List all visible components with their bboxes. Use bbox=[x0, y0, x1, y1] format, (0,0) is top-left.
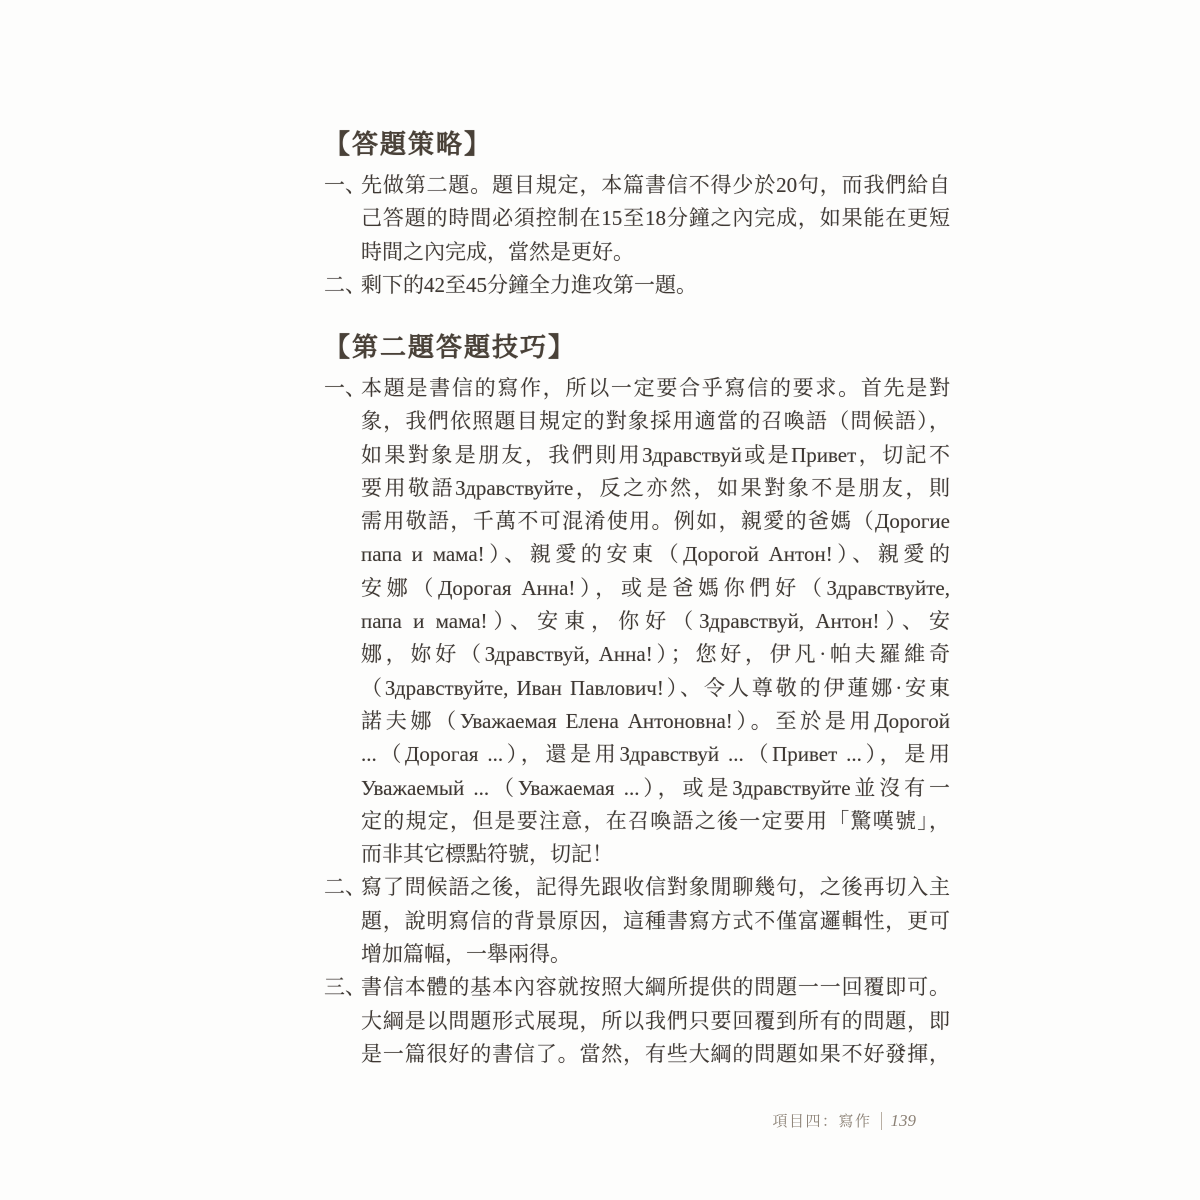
text-line: 娜，妳好（Здравствуй, Анна!）；您好，伊凡·帕夫羅維奇 bbox=[361, 638, 950, 671]
page-footer: 項目四：寫作 139 bbox=[772, 1110, 916, 1131]
text-line: 安娜（Дорогая Анна!），或是爸媽你們好（Здравствуйте, bbox=[361, 572, 950, 605]
text-line: папа и мама!）、安東，你好（Здравствуй, Антон!）、… bbox=[361, 605, 950, 638]
footer-divider bbox=[881, 1112, 882, 1130]
scanned-book-page: 【答題策略】 一、 先做第二題。題目規定，本篇書信不得少於20句，而我們給自 己… bbox=[0, 0, 1200, 1200]
list-item: 一、 本題是書信的寫作，所以一定要合乎寫信的要求。首先是對 象，我們依照題目規定… bbox=[324, 372, 950, 871]
item-marker: 二、 bbox=[324, 269, 368, 302]
footer-page-number: 139 bbox=[891, 1111, 917, 1131]
list-item: 三、 書信本體的基本內容就按照大綱所提供的問題一一回覆即可。 大綱是以問題形式展… bbox=[324, 971, 950, 1071]
text-line: 大綱是以問題形式展現，所以我們只要回覆到所有的問題，即 bbox=[361, 1005, 950, 1038]
text-line: папа и мама!）、親愛的安東（Дорогой Антон!）、親愛的 bbox=[361, 538, 950, 571]
list-item: 二、 剩下的42至45分鐘全力進攻第一題。 bbox=[324, 269, 950, 302]
text-line: 時間之內完成，當然是更好。 bbox=[361, 236, 950, 269]
item-marker: 一、 bbox=[324, 372, 368, 405]
section-title: 【答題策略】 bbox=[324, 130, 950, 158]
section-answer-strategy: 【答題策略】 一、 先做第二題。題目規定，本篇書信不得少於20句，而我們給自 己… bbox=[324, 130, 950, 302]
section-question2-technique: 【第二題答題技巧】 一、 本題是書信的寫作，所以一定要合乎寫信的要求。首先是對 … bbox=[324, 333, 950, 1071]
item-marker: 三、 bbox=[324, 971, 368, 1004]
text-line: 需用敬語，千萬不可混淆使用。例如，親愛的爸媽（Дорогие bbox=[361, 505, 950, 538]
text-line: 書信本體的基本內容就按照大綱所提供的問題一一回覆即可。 bbox=[361, 971, 950, 1004]
text-line: 定的規定，但是要注意，在召喚語之後一定要用「驚嘆號」， bbox=[361, 805, 950, 838]
text-line: 題，說明寫信的背景原因，這種書寫方式不僅富邏輯性，更可 bbox=[361, 905, 950, 938]
text-line: 寫了問候語之後，記得先跟收信對象閒聊幾句，之後再切入主 bbox=[361, 871, 950, 904]
text-line: 己答題的時間必須控制在15至18分鐘之內完成，如果能在更短 bbox=[361, 202, 950, 235]
text-line: 要用敬語Здравствуйте，反之亦然，如果對象不是朋友，則 bbox=[361, 472, 950, 505]
list-item: 二、 寫了問候語之後，記得先跟收信對象閒聊幾句，之後再切入主 題，說明寫信的背景… bbox=[324, 871, 950, 971]
text-line: 而非其它標點符號，切記！ bbox=[361, 838, 950, 871]
text-line: 本題是書信的寫作，所以一定要合乎寫信的要求。首先是對 bbox=[361, 372, 950, 405]
item-marker: 一、 bbox=[324, 169, 368, 202]
section-title: 【第二題答題技巧】 bbox=[324, 333, 950, 361]
list-item: 一、 先做第二題。題目規定，本篇書信不得少於20句，而我們給自 己答題的時間必須… bbox=[324, 169, 950, 269]
text-line: 增加篇幅，一舉兩得。 bbox=[361, 938, 950, 971]
item-marker: 二、 bbox=[324, 871, 368, 904]
text-line: 諾夫娜（Уважаемая Елена Антоновна!）。至於是用Доро… bbox=[361, 705, 950, 738]
text-line: 是一篇很好的書信了。當然，有些大綱的問題如果不好發揮， bbox=[361, 1038, 950, 1071]
text-line: Уважаемый ...（Уважаемая ...），或是Здравству… bbox=[361, 772, 950, 805]
text-line: 先做第二題。題目規定，本篇書信不得少於20句，而我們給自 bbox=[361, 169, 950, 202]
text-line: 如果對象是朋友，我們則用Здравствуй或是Привет，切記不 bbox=[361, 439, 950, 472]
text-line: （Здравствуйте, Иван Павлович!）、令人尊敬的伊蓮娜·… bbox=[361, 672, 950, 705]
footer-section-label: 項目四：寫作 bbox=[772, 1110, 871, 1131]
text-line: 象，我們依照題目規定的對象採用適當的召喚語（問候語）， bbox=[361, 405, 950, 438]
text-line: 剩下的42至45分鐘全力進攻第一題。 bbox=[361, 269, 950, 302]
text-line: ...（Дорогая ...），還是用Здравствуй ...（Приве… bbox=[361, 738, 950, 771]
